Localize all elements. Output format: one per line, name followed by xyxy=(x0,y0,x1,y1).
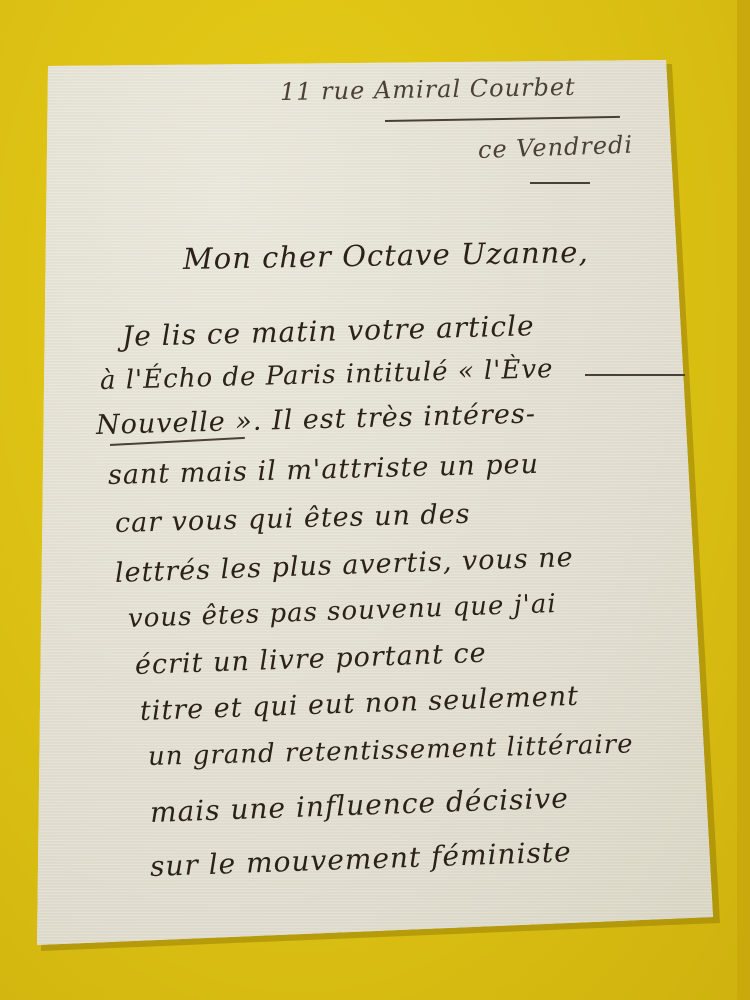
letter-salutation: Mon cher Octave Uzanne, xyxy=(183,235,589,276)
letter-address: 11 rue Amiral Courbet xyxy=(280,73,576,106)
date-underline xyxy=(530,182,590,184)
title-underline-1 xyxy=(585,374,685,376)
backdrop-edge-strip xyxy=(737,0,750,1000)
letter-date: ce Vendredi xyxy=(478,131,634,164)
